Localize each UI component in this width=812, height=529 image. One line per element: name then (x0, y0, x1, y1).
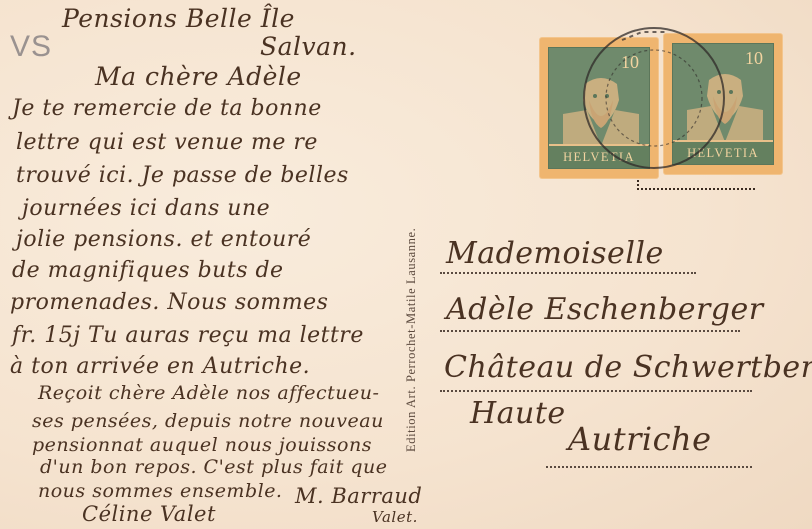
letter-line: trouvé ici. Je passe de belles (16, 163, 349, 188)
letter-line: lettre qui est venue me re (16, 130, 318, 155)
address-line-2: Adèle Eschenberger (446, 292, 764, 327)
william-tell-portrait-icon (563, 70, 639, 146)
letter-line: Reçoit chère Adèle nos affectueu- (38, 382, 379, 404)
signature-first: Céline Valet (82, 502, 216, 526)
address-dotted-rule (440, 330, 740, 332)
letter-line: pensionnat auquel nous jouissons (32, 434, 372, 456)
publisher-imprint: Edition Art. Perrochet-Matile Lausanne. (404, 170, 426, 510)
letter-line: promenades. Nous sommes (10, 290, 328, 315)
postage-stamp: 10 HELVETIA (664, 34, 782, 174)
letter-line: Je te remercie de ta bonne (12, 96, 322, 121)
letter-line: de magnifiques buts de (12, 258, 284, 283)
letter-line: journées ici dans une (22, 196, 270, 221)
salutation: Ma chère Adèle (95, 62, 302, 91)
letter-line: ses pensées, depuis notre nouveau (32, 410, 384, 432)
letter-line: nous sommes ensemble. (38, 480, 282, 502)
heading-line-2: Salvan. (260, 32, 357, 61)
stamp-country: HELVETIA (549, 150, 649, 165)
address-line-1: Mademoiselle (446, 236, 664, 271)
address-dotted-rule (440, 272, 696, 274)
address-line-5: Autriche (568, 420, 712, 458)
address-dotted-rule (546, 466, 752, 468)
heading-line-1: Pensions Belle Île (62, 4, 295, 33)
address-dotted-rule (440, 390, 752, 392)
letter-line: jolie pensions. et entouré (16, 227, 311, 252)
william-tell-portrait-icon (687, 66, 763, 142)
postage-stamp: 10 HELVETIA (540, 38, 658, 178)
postcard-back: VS Pensions Belle Île Salvan. Ma chère A… (0, 0, 812, 529)
address-line-4: Haute (470, 396, 566, 431)
address-line-3: Château de Schwertberg. (444, 350, 812, 385)
signature-second-sub: Valet. (372, 508, 418, 526)
stamp-country: HELVETIA (673, 146, 773, 161)
letter-line: fr. 15j Tu auras reçu ma lettre (12, 323, 364, 348)
pencil-note: VS (10, 30, 52, 64)
letter-line: à ton arrivée en Autriche. (10, 354, 310, 379)
letter-line: d'un bon repos. C'est plus fait que (40, 456, 388, 478)
